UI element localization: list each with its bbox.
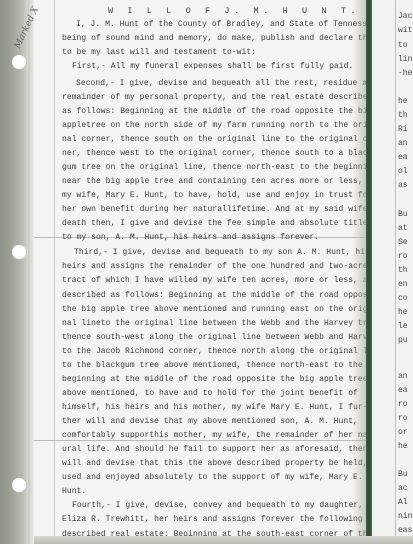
- text-line: near the big apple tree and containing t…: [62, 177, 377, 186]
- text-line: the big apple tree above mentioned and r…: [62, 305, 377, 314]
- text-line: ther will and devise that my above menti…: [62, 417, 358, 426]
- page-bottom-edge: [34, 536, 413, 544]
- adjacent-page-fragment: ea: [398, 386, 413, 395]
- text-line: to the blackgum tree above mentioned, th…: [62, 361, 363, 370]
- scanned-document-page: Marked X W I L L O F J. M. H U N T. I, J…: [0, 0, 413, 544]
- adjacent-page-fragment: Al: [398, 498, 413, 507]
- text-line: himself, his heirs and his mother, my wi…: [62, 403, 368, 412]
- fold-shadow: [352, 0, 366, 544]
- adjacent-page-fragment: as: [398, 181, 413, 190]
- adjacent-page-fragment: pu: [398, 336, 413, 345]
- text-line: to be my last will and testament to-wit:: [62, 48, 256, 57]
- binding-margin: [0, 0, 28, 544]
- adjacent-page-fragment: Bu: [398, 470, 413, 479]
- text-line: tract of which I have willed my wife ten…: [62, 276, 377, 285]
- page-edge: [28, 0, 34, 544]
- text-line: comfortably supporthis mother, my wife, …: [62, 431, 377, 440]
- adjacent-page-fragment: eas: [398, 526, 413, 535]
- text-line: remainder of my personal property, and t…: [62, 93, 372, 102]
- adjacent-page-fragment: ac: [398, 484, 413, 493]
- text-line: being of sound mind and memory, do make,…: [62, 34, 377, 43]
- text-line: above mentioned, to have and to hold for…: [62, 389, 358, 398]
- adjacent-page-fragment: to: [398, 41, 413, 50]
- text-line: her own benefit during her naturallifeti…: [62, 205, 377, 214]
- adjacent-page-fragment: ea: [398, 153, 413, 162]
- text-line: described as follows: Beginning at the m…: [62, 291, 382, 300]
- adjacent-page-fragment: Jac: [398, 12, 413, 21]
- adjacent-page-fragment: wit: [398, 26, 413, 35]
- punch-hole: [12, 478, 26, 492]
- text-line: I, J. M. Hunt of the County of Bradley, …: [76, 20, 382, 29]
- adjacent-page-fragment: ro: [398, 414, 413, 423]
- text-line: ural life. And should he fail to support…: [62, 445, 377, 454]
- text-line: Hunt.: [62, 487, 86, 496]
- adjacent-page-fragment: Ri: [398, 125, 413, 134]
- adjacent-page-fragment: ol: [398, 167, 413, 176]
- text-line: my wife, Mary E. Hunt, to have, hold, us…: [62, 191, 372, 200]
- text-line: ner, thence west to the original corner,…: [62, 149, 377, 158]
- text-line: as follows: Beginning at the middle of t…: [62, 107, 372, 116]
- text-line: appletree on the north side of my farm r…: [62, 121, 382, 130]
- text-line: Second,- I give, devise and bequeath all…: [76, 79, 377, 88]
- text-line: will and devise that this the above desc…: [62, 459, 368, 468]
- adjacent-page-fragment: en: [398, 280, 413, 289]
- text-line: to my son, A. M. Hunt, his heirs and ass…: [62, 233, 319, 242]
- adjacent-page-rule: [395, 0, 396, 544]
- adjacent-page-fragment: le: [398, 322, 413, 331]
- adjacent-page-fragment: an: [398, 372, 413, 381]
- adjacent-page-fragment: Bu: [398, 210, 413, 219]
- text-line: thence south-west along the original lin…: [62, 333, 377, 342]
- adjacent-page-fragment: an: [398, 139, 413, 148]
- text-line: death then, I give and devise the fee si…: [62, 219, 368, 228]
- adjacent-page-fragment: nin: [398, 512, 413, 521]
- text-line: Third,- I give, devise and bequeath to m…: [74, 248, 370, 257]
- text-line: nal corner, thence south on the original…: [62, 135, 382, 144]
- text-line: First,- All my funeral expenses shall be…: [72, 62, 353, 71]
- text-line: gum tree on the original line, thence no…: [62, 163, 377, 172]
- divider-line: [34, 440, 394, 441]
- adjacent-page-fragment: he: [398, 97, 413, 106]
- text-line: beginning at the middle of the road oppo…: [62, 375, 368, 384]
- text-line: Fourth,- I give, devise, convey and bequ…: [72, 501, 363, 510]
- text-line: to the Jacob Richmond corner, thence nor…: [62, 347, 382, 356]
- adjacent-page-fragment: Se: [398, 238, 413, 247]
- adjacent-page-fragment: th: [398, 266, 413, 275]
- text-line: heirs and assigns the remainder of the o…: [62, 262, 368, 271]
- adjacent-page-fragment: ro: [398, 252, 413, 261]
- margin-rule: [54, 0, 55, 544]
- adjacent-page-fragment: at: [398, 224, 413, 233]
- text-line: Eliza R. Trewhitt, her heirs and assigns…: [62, 515, 363, 524]
- document-title: W I L L O F J. M. H U N T.: [108, 6, 360, 16]
- adjacent-page-fragment: -he: [398, 69, 413, 78]
- punch-hole: [12, 245, 26, 259]
- adjacent-page-fragment: he: [398, 442, 413, 451]
- adjacent-page-fragment: lin: [398, 55, 413, 64]
- adjacent-page-fragment: he: [398, 308, 413, 317]
- adjacent-page-fragment: ro: [398, 400, 413, 409]
- text-line: used and enjoyed absolutely to the suppo…: [62, 473, 363, 482]
- adjacent-page-fragment: co: [398, 294, 413, 303]
- text-line: nal lineto the original line between the…: [62, 319, 382, 328]
- punch-hole: [12, 55, 26, 69]
- adjacent-page-fragment: or: [398, 428, 413, 437]
- adjacent-page-fragment: th: [398, 111, 413, 120]
